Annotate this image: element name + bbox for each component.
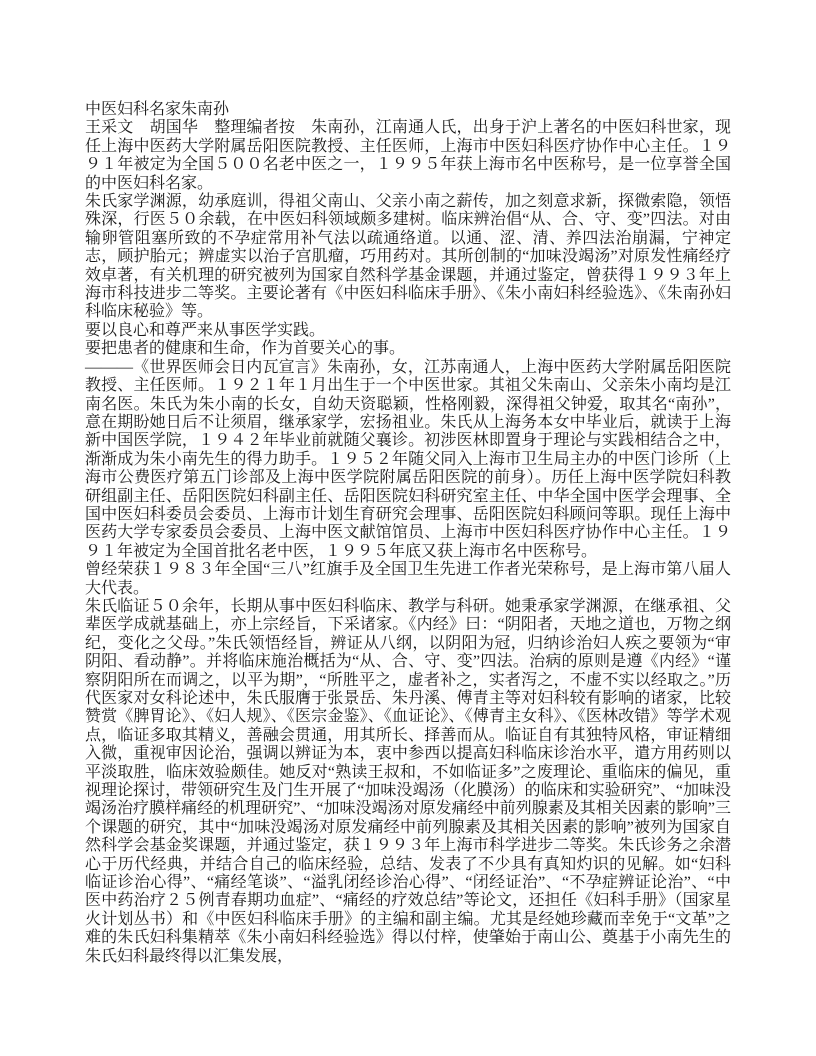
line-motto-1: 要以良心和尊严来从事医学实践。 <box>85 322 731 340</box>
paragraph-editors-note: 王采文 胡国华 整理编者按 朱南孙，江南通人氏，出身于沪上著名的中医妇科世家，现… <box>85 119 731 193</box>
document-text-block: 中医妇科名家朱南孙 王采文 胡国华 整理编者按 朱南孙，江南通人氏，出身于沪上著… <box>85 101 731 966</box>
document-page: 中医妇科名家朱南孙 王采文 胡国华 整理编者按 朱南孙，江南通人氏，出身于沪上著… <box>0 0 816 1056</box>
document-title: 中医妇科名家朱南孙 <box>85 101 731 119</box>
paragraph-honors: 曾经荣获１９８３年全国“三八”红旗手及全国卫生先进工作者光荣称号，是上海市第八届… <box>85 561 731 598</box>
line-motto-2: 要把患者的健康和生命，作为首要关心的事。 <box>85 340 731 358</box>
paragraph-biography: ———《世界医师会日内瓦宣言》朱南孙，女，江苏南通人，上海中医药大学附属岳阳医院… <box>85 359 731 561</box>
paragraph-family-tradition: 朱氏家学渊源，幼承庭训，得祖父南山、父亲小南之薪传，加之刻意求新，探微索隐，领悟… <box>85 193 731 322</box>
paragraph-clinical-career: 朱氏临证５０余年，长期从事中医妇科临床、教学与科研。她秉承家学渊源，在继承祖、父… <box>85 598 731 966</box>
